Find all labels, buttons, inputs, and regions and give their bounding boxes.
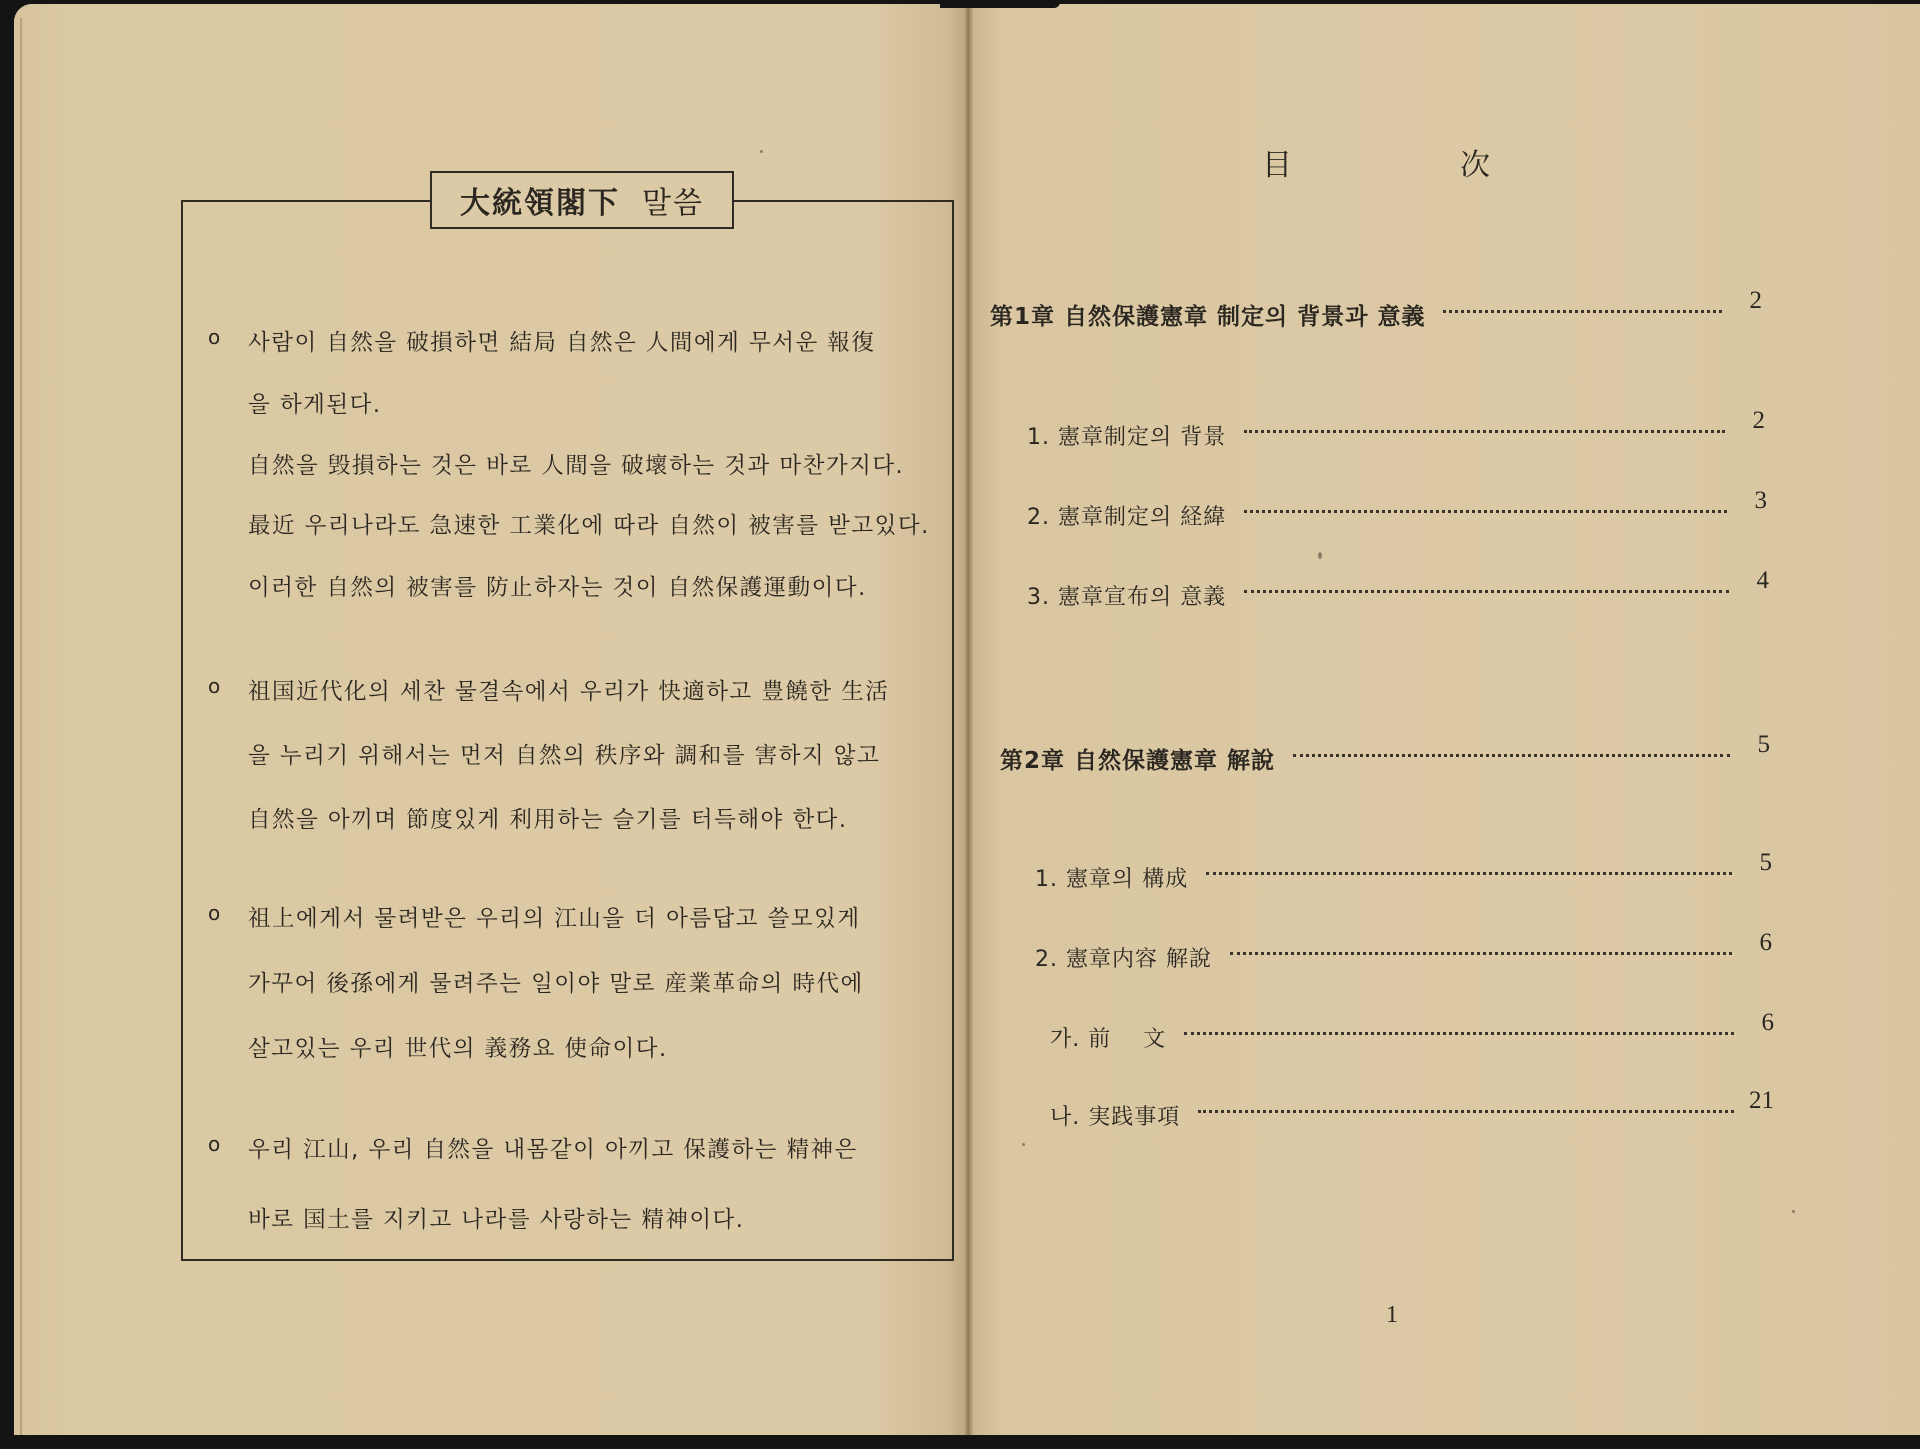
dot-leader [1244, 590, 1729, 593]
scan-bottom-edge [0, 1435, 1920, 1449]
right-page [973, 4, 1920, 1436]
toc-entry-subsection-practice[interactable]: 나. 実践事項 21 [1050, 1100, 1774, 1131]
paragraph-line: 을 하게된다. [248, 387, 381, 419]
toc-title-char-2: 次 [1460, 140, 1490, 184]
message-title-box: 大統領閣下 말씀 [430, 171, 734, 229]
dot-leader [1244, 510, 1727, 513]
toc-entry-section-1-1[interactable]: 1. 憲章制定의 背景 2 [1027, 420, 1765, 451]
bullet-icon: o [208, 674, 222, 698]
toc-entry-section-1-2[interactable]: 2. 憲章制定의 経緯 3 [1027, 500, 1767, 531]
paper-speck [1318, 552, 1322, 559]
toc-entry-page: 5 [1746, 849, 1772, 877]
toc-entry-page: 6 [1746, 929, 1772, 957]
toc-entry-section-2-2[interactable]: 2. 憲章内容 解說 6 [1035, 942, 1772, 973]
paragraph-line: 이러한 自然의 被害를 防止하자는 것이 自然保護運動이다. [248, 570, 867, 602]
toc-entry-subsection-preamble[interactable]: 가. 前 文 6 [1050, 1022, 1774, 1053]
toc-entry-page: 21 [1748, 1087, 1774, 1115]
dot-leader [1198, 1110, 1734, 1113]
paragraph-line: 祖上에게서 물려받은 우리의 江山을 더 아름답고 쓸모있게 [248, 901, 861, 933]
paragraph-line: 을 누리기 위해서는 먼저 自然의 秩序와 調和를 害하지 않고 [248, 738, 880, 770]
toc-entry-page: 2 [1739, 407, 1765, 435]
toc-entry-chapter-2[interactable]: 第2章 自然保護憲章 解說 5 [1000, 742, 1770, 775]
toc-entry-label: 2. 憲章内容 解說 [1035, 942, 1212, 973]
paragraph-line: 사람이 自然을 破損하면 結局 自然은 人間에게 무서운 報復 [248, 325, 875, 357]
message-title-hanja: 大統領閣下 [460, 178, 620, 222]
paragraph-line: 가꾸어 後孫에게 물려주는 일이야 말로 産業革命의 時代에 [248, 966, 864, 998]
bullet-icon: o [208, 1132, 222, 1156]
paragraph-line: 바로 国土를 지키고 나라를 사랑하는 精神이다. [248, 1202, 744, 1234]
dot-leader [1184, 1032, 1734, 1035]
dot-leader [1230, 952, 1732, 955]
toc-entry-page: 4 [1743, 567, 1769, 595]
dot-leader [1206, 872, 1732, 875]
paper-speck [1792, 1210, 1795, 1213]
toc-entry-chapter-1[interactable]: 第1章 自然保護憲章 制定의 背景과 意義 2 [990, 298, 1762, 331]
dot-leader [1293, 754, 1730, 757]
paragraph-line: 祖国近代化의 세찬 물결속에서 우리가 快適하고 豊饒한 生活 [248, 674, 889, 706]
toc-entry-section-1-3[interactable]: 3. 憲章宣布의 意義 4 [1027, 580, 1769, 611]
page-number: 1 [1386, 1302, 1398, 1329]
toc-entry-page: 6 [1748, 1009, 1774, 1037]
toc-entry-page: 2 [1736, 287, 1762, 315]
message-title-hangul: 말씀 [642, 178, 704, 222]
bullet-icon: o [208, 325, 222, 349]
toc-entry-label: 1. 憲章制定의 背景 [1027, 420, 1226, 451]
dot-leader [1244, 430, 1725, 433]
paragraph-line: 우리 江山, 우리 自然을 내몸같이 아끼고 保護하는 精神은 [248, 1132, 858, 1164]
toc-entry-label: 2. 憲章制定의 経緯 [1027, 500, 1226, 531]
toc-entry-label: 第2章 自然保護憲章 解說 [1000, 742, 1275, 775]
paper-speck [1022, 1143, 1025, 1146]
paragraph-line: 自然을 毁損하는 것은 바로 人間을 破壞하는 것과 마찬가지다. [248, 448, 904, 480]
book-gutter [965, 4, 973, 1436]
dot-leader [1443, 310, 1722, 313]
message-frame [181, 200, 954, 1261]
bullet-icon: o [208, 901, 222, 925]
paper-speck [760, 150, 763, 153]
paragraph-line: 살고있는 우리 世代의 義務요 使命이다. [248, 1031, 668, 1063]
toc-entry-label: 1. 憲章의 構成 [1035, 862, 1188, 893]
toc-entry-label: 나. 実践事項 [1050, 1100, 1180, 1131]
paragraph-line: 最近 우리나라도 急速한 工業化에 따라 自然이 被害를 받고있다. [248, 508, 930, 540]
toc-entry-page: 5 [1744, 731, 1770, 759]
toc-entry-label: 3. 憲章宣布의 意義 [1027, 580, 1226, 611]
toc-entry-section-2-1[interactable]: 1. 憲章의 構成 5 [1035, 862, 1772, 893]
scan-edge-shadow [940, 0, 1060, 8]
toc-entry-label: 第1章 自然保護憲章 制定의 背景과 意義 [990, 298, 1425, 331]
toc-entry-label: 가. 前 文 [1050, 1022, 1166, 1053]
toc-title-char-1: 目 [1262, 140, 1292, 184]
toc-entry-page: 3 [1741, 487, 1767, 515]
paragraph-line: 自然을 아끼며 節度있게 利用하는 슬기를 터득해야 한다. [248, 802, 848, 834]
